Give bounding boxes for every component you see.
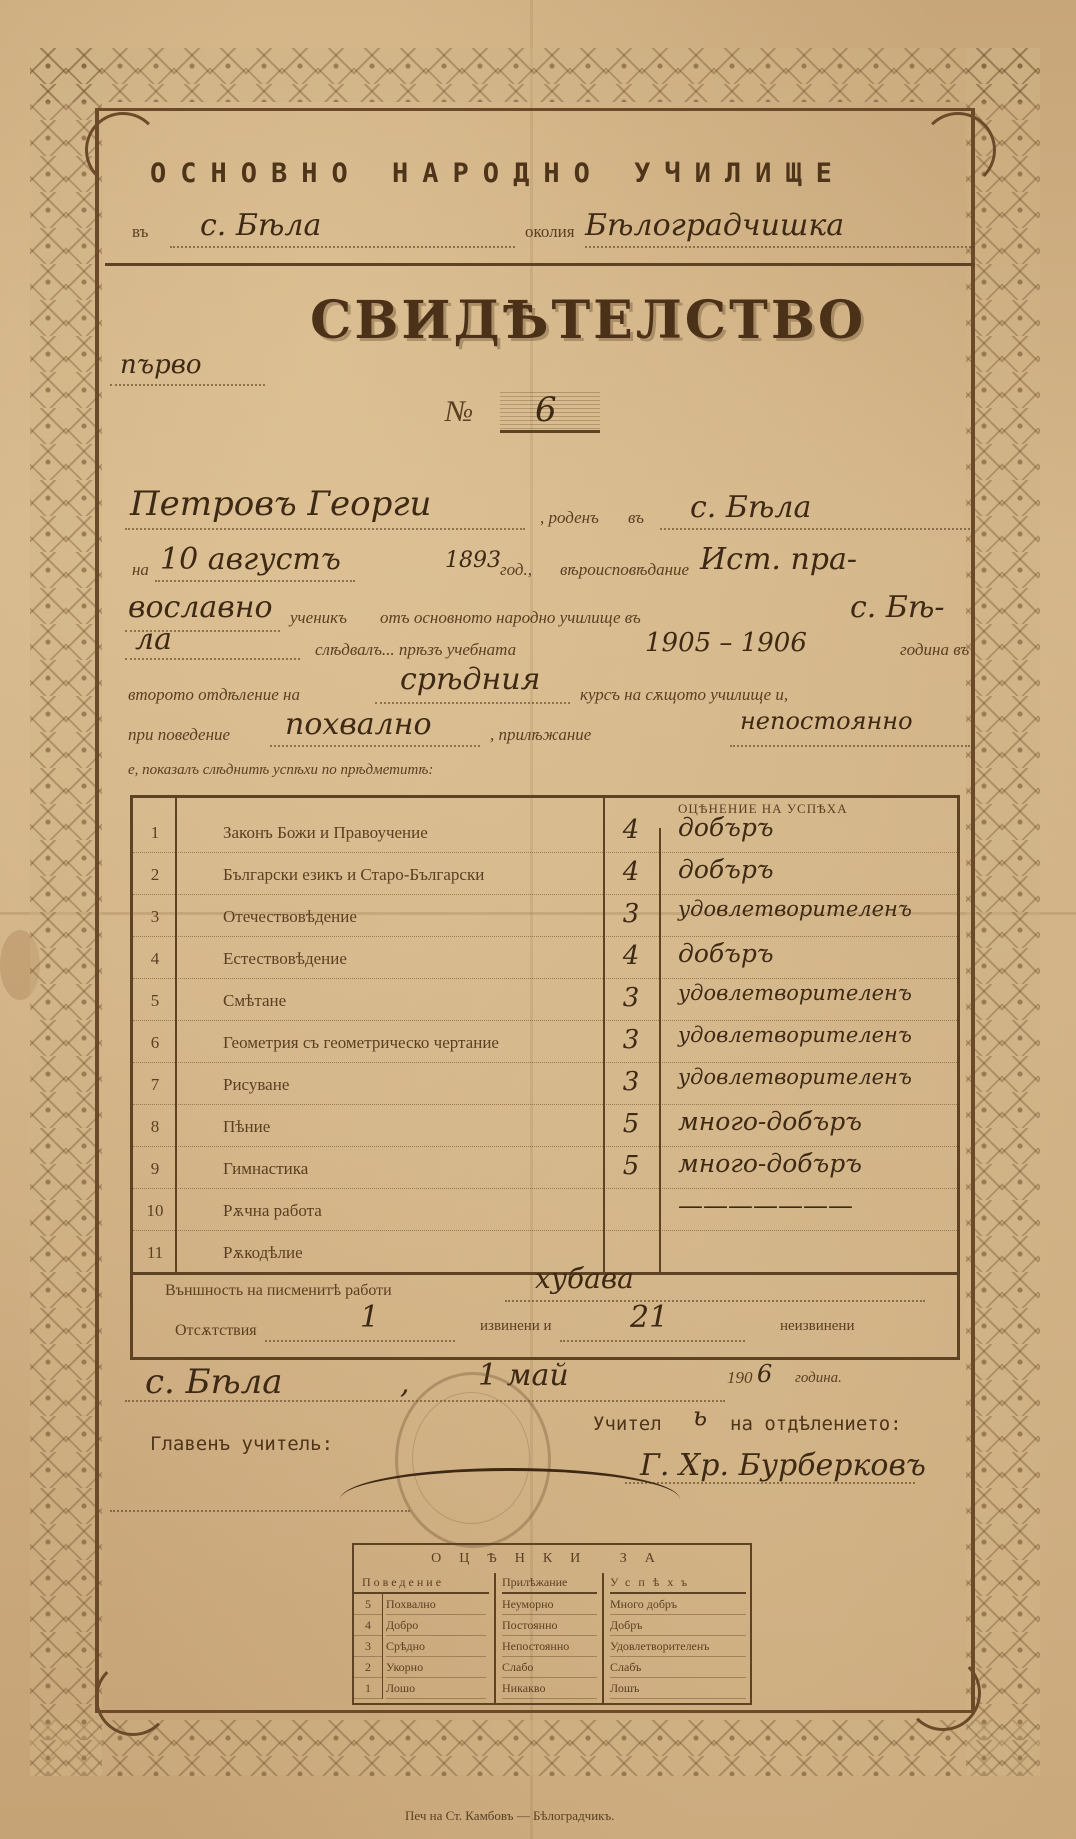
conduct-value: похвално — [285, 707, 432, 742]
grade-row-number: 6 — [133, 1033, 177, 1053]
grade-row-subject: Гимнастика — [223, 1159, 308, 1179]
grade-row-subject: Български езикъ и Старо-Български — [223, 865, 484, 885]
class-phrase: второто отдѣление на — [128, 685, 300, 705]
born-label: , роденъ — [540, 508, 599, 528]
school-phrase: отъ основното народно училище въ — [380, 608, 641, 628]
grade-row-grade: добъръ — [678, 855, 773, 884]
grade-row: 5 Смѣтане 3 удовлетворителенъ — [133, 981, 957, 1023]
grade-row-grade: добъръ — [678, 813, 773, 842]
grade-row-subject: Смѣтане — [223, 991, 286, 1011]
corner-scroll-ornament-bottom-left — [95, 1660, 171, 1736]
student-name-line — [125, 528, 525, 530]
row-dotted-rule — [133, 1146, 957, 1147]
student-name: Петровъ Георги — [130, 484, 431, 524]
closing-year-label: година. — [795, 1370, 842, 1387]
legend-diligence-item: Слабо — [502, 1657, 597, 1678]
district-value: Бѣлоградчишка — [585, 208, 844, 243]
row-dotted-rule — [133, 1188, 957, 1189]
absences-unexcused-line — [560, 1340, 745, 1342]
ornament-band-bottom — [30, 1720, 1040, 1776]
school-place-cont: ла — [135, 622, 172, 657]
legend-diligence-column: Прилѣжание Неуморно Постоянно Непостоянн… — [502, 1573, 597, 1699]
written-work-line — [505, 1300, 925, 1302]
grade-row-number: 9 — [133, 1159, 177, 1179]
excused-label: извинени и — [480, 1318, 552, 1335]
legend-title: ОЦѢНКИ ЗА — [354, 1551, 750, 1567]
course-suffix: курсъ на сѫщото училище и, — [580, 685, 788, 705]
attended-label: слѣдвалъ... прѣзъ учебната — [315, 640, 516, 660]
legend-diligence-item: Никакво — [502, 1678, 597, 1699]
closing-place: с. Бѣла — [145, 1362, 283, 1402]
diligence-line — [730, 745, 970, 747]
row-dotted-rule — [133, 936, 957, 937]
grade-row: 6 Геометрия съ геометрическо чертание 3 … — [133, 1023, 957, 1065]
grade-row-score: 5 — [611, 1151, 651, 1181]
ornament-band-right — [966, 48, 1040, 1776]
district-field-line — [585, 246, 975, 248]
class-teacher-label-b: на отдѣлението: — [730, 1413, 902, 1435]
year-suffix: год., — [500, 560, 532, 580]
grade-row-grade: ——————— — [678, 1191, 853, 1220]
grade-row-number: 7 — [133, 1075, 177, 1095]
results-intro: е, показалъ слѣднитѣ успѣхи по прѣдметит… — [128, 762, 433, 779]
diligence-value: непостоянно — [740, 707, 913, 735]
legend-diligence-item: Непостоянно — [502, 1636, 597, 1657]
birthplace-value: с. Бѣла — [690, 490, 811, 525]
grading-legend-table: ОЦѢНКИ ЗА Поведение 5 4 3 2 1 Похвално Д… — [352, 1543, 752, 1705]
grade-row-subject: Рѫкодѣлие — [223, 1243, 303, 1263]
school-place-value: с. Бѣ- — [850, 590, 945, 625]
legend-conduct-item: Укорно — [386, 1657, 486, 1678]
grade-row-score: 3 — [611, 899, 651, 929]
legend-number: 4 — [354, 1615, 382, 1636]
grade-row-grade: много-добъръ — [678, 1149, 862, 1178]
closing-comma: , — [400, 1366, 410, 1401]
absences-excused-line — [265, 1340, 455, 1342]
ordinal-note: първо — [120, 350, 202, 380]
district-label: околия — [525, 222, 575, 242]
row-dotted-rule — [133, 852, 957, 853]
legend-diligence-item: Постоянно — [502, 1615, 597, 1636]
row-dotted-rule — [133, 894, 957, 895]
printer-imprint: Печ на Ст. Камбовъ — Бѣлоградчикъ. — [405, 1808, 614, 1824]
grade-row: 3 Отечествовѣдение 3 удовлетворителенъ — [133, 897, 957, 939]
grade-row-subject: Законъ Божи и Правоучение — [223, 823, 428, 843]
grade-row: 8 Пѣние 5 много-добъръ — [133, 1107, 957, 1149]
ordinal-line — [110, 384, 265, 386]
school-header: ОСНОВНО НАРОДНО УЧИЛИЩЕ — [150, 158, 920, 189]
legend-diligence-header: Прилѣжание — [502, 1573, 597, 1594]
legend-success-item: Слабъ — [610, 1657, 746, 1678]
diligence-label: , прилѣжание — [490, 725, 591, 745]
grade-row: 2 Български езикъ и Старо-Български 4 до… — [133, 855, 957, 897]
grade-row-score: 5 — [611, 1109, 651, 1139]
legend-number: 1 — [354, 1678, 382, 1699]
birth-date-line — [155, 580, 355, 582]
grades-table: ОЦѢНЕНИЕ НА УСПѢХА 1 Законъ Божи и Право… — [130, 795, 960, 1275]
grade-row-number: 4 — [133, 949, 177, 969]
grade-row-number: 5 — [133, 991, 177, 1011]
grade-row-grade: удовлетворителенъ — [678, 981, 912, 1005]
legend-success-item: Много добръ — [610, 1594, 746, 1615]
religion-label: вѣроисповѣдание — [560, 560, 689, 580]
date-prefix: на — [132, 560, 149, 580]
village-value: с. Бѣла — [200, 208, 321, 243]
grade-row-number: 3 — [133, 907, 177, 927]
legend-diligence-item: Неуморно — [502, 1594, 597, 1615]
grade-row-subject: Рѫчна работа — [223, 1201, 322, 1221]
absences-label: Отсѫтствия — [175, 1322, 257, 1340]
school-place-line — [125, 658, 300, 660]
signature-flourish — [340, 1468, 680, 1531]
grade-row-subject: Пѣние — [223, 1117, 270, 1137]
legend-conduct-item: Похвално — [386, 1594, 486, 1615]
grade-row-number: 2 — [133, 865, 177, 885]
number-value: 6 — [535, 390, 557, 430]
religion-value: Ист. пра- — [700, 542, 857, 577]
legend-conduct-item: Лошо — [386, 1678, 486, 1699]
written-work-label: Външность на писменитѣ работи — [165, 1282, 392, 1300]
closing-year-digit: 6 — [757, 1360, 772, 1388]
head-teacher-label: Главенъ учитель: — [150, 1433, 333, 1455]
school-year-value: 1905 – 1906 — [645, 628, 807, 658]
conduct-label: при поведение — [128, 725, 230, 745]
row-dotted-rule — [133, 1020, 957, 1021]
grade-row: 9 Гимнастика 5 много-добъръ — [133, 1149, 957, 1191]
location-prefix: въ — [132, 222, 148, 242]
born-in-label: въ — [628, 508, 644, 528]
class-teacher-hand-letter: ь — [693, 1402, 707, 1432]
legend-number: 3 — [354, 1636, 382, 1657]
year-label: година въ — [900, 640, 969, 660]
course-line — [375, 702, 570, 704]
grade-row: 7 Рисуване 3 удовлетворителенъ — [133, 1065, 957, 1107]
legend-conduct-item: Срѣдно — [386, 1636, 486, 1657]
unexcused-label: неизвинени — [780, 1318, 855, 1335]
grade-row-grade: удовлетворителенъ — [678, 1065, 912, 1089]
grade-row-number: 11 — [133, 1243, 177, 1263]
ornament-band-top — [30, 48, 1040, 102]
grade-row-number: 10 — [133, 1201, 177, 1221]
legend-success-header: Успѣхъ — [610, 1573, 746, 1594]
ornament-band-left — [30, 48, 102, 1776]
legend-number: 5 — [354, 1594, 382, 1615]
class-teacher-label-a: Учител — [593, 1413, 662, 1435]
absences-unexcused-value: 21 — [630, 1300, 668, 1335]
grade-row-grade: удовлетворителенъ — [678, 1023, 912, 1047]
legend-success-item: Добръ — [610, 1615, 746, 1636]
grade-row-grade: добъръ — [678, 939, 773, 968]
legend-col-divider — [494, 1573, 496, 1703]
conduct-line — [270, 745, 480, 747]
corner-scroll-ornament-bottom-right — [905, 1655, 981, 1731]
course-value: срѣдния — [400, 662, 540, 697]
birthplace-line — [660, 528, 970, 530]
pupil-label: ученикъ — [290, 608, 347, 628]
grade-row-grade: много-добъръ — [678, 1107, 862, 1136]
grade-row-number: 1 — [133, 823, 177, 843]
legend-col-divider — [602, 1573, 604, 1703]
grade-row-score: 3 — [611, 1067, 651, 1097]
row-dotted-rule — [133, 1230, 957, 1231]
grade-row-score: 4 — [611, 857, 651, 887]
legend-number: 2 — [354, 1657, 382, 1678]
legend-conduct-header: Поведение — [354, 1573, 489, 1594]
legend-success-item: Лошъ — [610, 1678, 746, 1699]
corner-scroll-ornament-top-right — [920, 112, 996, 188]
legend-success-column: Успѣхъ Много добръ Добръ Удовлетворителе… — [610, 1573, 746, 1699]
grade-row-subject: Естествовѣдение — [223, 949, 347, 969]
religion-value-cont: вославно — [128, 590, 273, 625]
grade-row-score: 3 — [611, 1025, 651, 1055]
class-teacher-signature: Г. Хр. Бурберковъ — [640, 1448, 926, 1483]
number-label: № — [445, 395, 473, 429]
birth-year-value: 1893 — [445, 548, 501, 573]
grade-row: 4 Естествовѣдение 4 добъръ — [133, 939, 957, 981]
grade-row: 1 Законъ Божи и Правоучение 4 добъръ — [133, 813, 957, 855]
grade-row-score: 3 — [611, 983, 651, 1013]
legend-conduct-item: Добро — [386, 1615, 486, 1636]
legend-success-item: Удовлетворителенъ — [610, 1636, 746, 1657]
grade-row-number: 8 — [133, 1117, 177, 1137]
grade-row-score: 4 — [611, 815, 651, 845]
absences-excused-value: 1 — [360, 1300, 379, 1335]
grade-row-subject: Рисуване — [223, 1075, 289, 1095]
header-rule — [105, 263, 975, 266]
village-field-line — [170, 246, 515, 248]
grade-row-subject: Геометрия съ геометрическо чертание — [223, 1033, 499, 1053]
grade-row: 10 Рѫчна работа ——————— — [133, 1191, 957, 1233]
row-dotted-rule — [133, 1062, 957, 1063]
grade-row-score: 4 — [611, 941, 651, 971]
grade-row-grade: удовлетворителенъ — [678, 897, 912, 921]
written-work-value: хубава — [535, 1262, 634, 1295]
certificate-title: СВИДѢТЕЛСТВО — [310, 290, 866, 351]
closing-year-prefix: 190 — [727, 1368, 753, 1388]
birth-date-value: 10 августъ — [160, 542, 341, 577]
row-dotted-rule — [133, 978, 957, 979]
grade-row-subject: Отечествовѣдение — [223, 907, 357, 927]
legend-conduct-column: Поведение 5 4 3 2 1 Похвално Добро Срѣдн… — [354, 1573, 489, 1594]
row-dotted-rule — [133, 1104, 957, 1105]
